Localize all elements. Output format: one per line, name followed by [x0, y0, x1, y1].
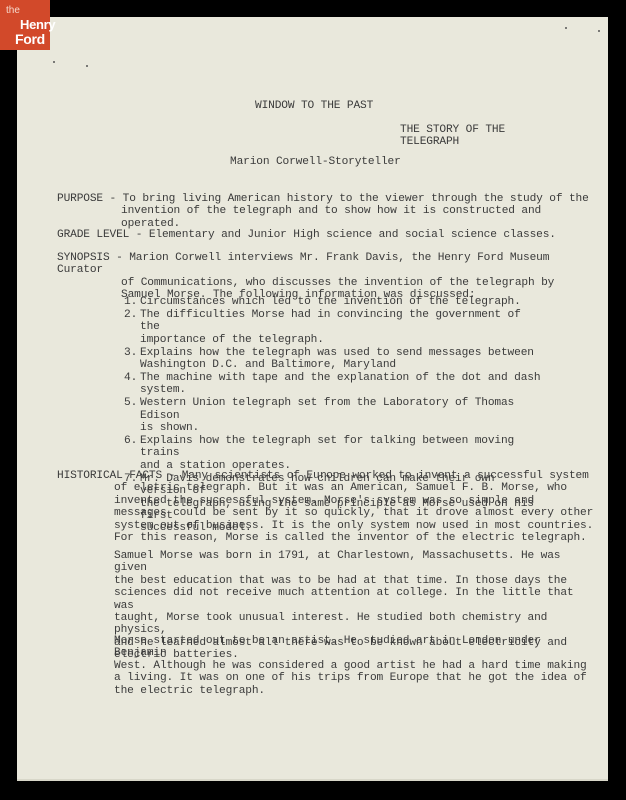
list-item-text: The machine with tape and the explanatio… — [140, 372, 544, 384]
list-item-number: 2. — [124, 309, 137, 321]
historical-facts-text: invented the successful system. Morse's … — [57, 495, 597, 507]
grade-level-label: GRADE LEVEL - — [57, 229, 149, 241]
synopsis-list-item: 3.Explains how the telegraph was used to… — [124, 347, 544, 372]
synopsis-list-item: 6.Explains how the telegraph set for tal… — [124, 435, 544, 472]
text-line: Samuel Morse was born in 1791, at Charle… — [114, 550, 594, 575]
synopsis-list-item: 4.The machine with tape and the explanat… — [124, 372, 544, 397]
synopsis-text: of Communications, who discusses the inv… — [57, 277, 597, 289]
text-line: West. Although he was considered a good … — [114, 660, 594, 672]
list-item-text: Circumstances which led to the invention… — [140, 296, 544, 308]
historical-facts-text: of eletric telegraph. But it was an Amer… — [57, 482, 597, 494]
synopsis-section: SYNOPSIS - Marion Corwell interviews Mr.… — [57, 252, 597, 302]
historical-facts-body: of eletric telegraph. But it was an Amer… — [57, 482, 597, 544]
document-subtitle: THE STORY OF THE TELEGRAPH — [400, 124, 505, 149]
text-line: taught, Morse took unusual interest. He … — [114, 612, 594, 637]
purpose-label: PURPOSE - — [57, 193, 123, 205]
logo-text-ford: Ford — [15, 32, 45, 46]
list-item-number: 3. — [124, 347, 137, 359]
list-item-text: Western Union telegraph set from the Lab… — [140, 397, 544, 422]
henry-ford-logo: the Henry Ford — [0, 0, 50, 50]
logo-text-the: the — [6, 6, 20, 16]
text-line: sciences did not receive much attention … — [114, 587, 594, 612]
grade-level-section: GRADE LEVEL - Elementary and Junior High… — [57, 229, 597, 241]
synopsis-label: SYNOPSIS - — [57, 252, 129, 264]
purpose-section: PURPOSE - To bring living American histo… — [57, 193, 597, 230]
historical-facts-text: system out of business. It is the only s… — [57, 520, 597, 532]
subtitle-line: THE STORY OF THE — [400, 124, 505, 136]
historical-facts-text: messages could be sent by it so quickly,… — [57, 507, 597, 519]
list-item-number: 6. — [124, 435, 137, 447]
list-item-number: 5. — [124, 397, 137, 409]
text-line: the electric telegraph. — [114, 685, 594, 697]
synopsis-list-item: 1.Circumstances which led to the inventi… — [124, 296, 544, 308]
document-title: WINDOW TO THE PAST — [255, 100, 373, 112]
list-item-number: 1. — [124, 296, 137, 308]
synopsis-list-item: 5.Western Union telegraph set from the L… — [124, 397, 544, 434]
list-item-text: Explains how the telegraph set for talki… — [140, 435, 544, 460]
paragraph-morse-artist: Morse started out to be an artist. He st… — [114, 635, 594, 697]
list-item-text: The difficulties Morse had in convincing… — [140, 309, 544, 334]
list-item-number: 4. — [124, 372, 137, 384]
synopsis-list-item: 2.The difficulties Morse had in convinci… — [124, 309, 544, 346]
historical-facts-label: HISTORICAL FACTS - — [57, 470, 182, 482]
purpose-text: To bring living American history to the … — [123, 193, 589, 205]
historical-facts-section: HISTORICAL FACTS - Many scientists of Eu… — [57, 470, 597, 544]
list-item-text: Explains how the telegraph was used to s… — [140, 347, 544, 359]
list-item-text: is shown. — [140, 422, 544, 434]
storyteller-line: Marion Corwell-Storyteller — [230, 156, 401, 168]
purpose-text: invention of the telegraph and to show h… — [57, 205, 597, 230]
synopsis-text: Marion Corwell interviews Mr. Frank Davi… — [57, 252, 549, 276]
historical-facts-text: Many scientists of Europe worked to inve… — [182, 470, 589, 482]
text-line: Morse started out to be an artist. He st… — [114, 635, 594, 660]
subtitle-line: TELEGRAPH — [400, 136, 459, 148]
paper-speck — [598, 30, 600, 32]
text-line: a living. It was on one of his trips fro… — [114, 672, 594, 684]
grade-level-text: Elementary and Junior High science and s… — [149, 229, 556, 241]
paper-speck — [53, 61, 55, 63]
list-item-text: importance of the telegraph. — [140, 334, 544, 346]
list-item-text: Washington D.C. and Baltimore, Maryland — [140, 359, 544, 371]
historical-facts-text: For this reason, Morse is called the inv… — [57, 532, 597, 544]
logo-text-henry: Henry — [20, 18, 55, 31]
text-line: the best education that was to be had at… — [114, 575, 594, 587]
paper-speck — [86, 65, 88, 67]
list-item-text: system. — [140, 384, 544, 396]
paper-speck — [565, 27, 567, 29]
